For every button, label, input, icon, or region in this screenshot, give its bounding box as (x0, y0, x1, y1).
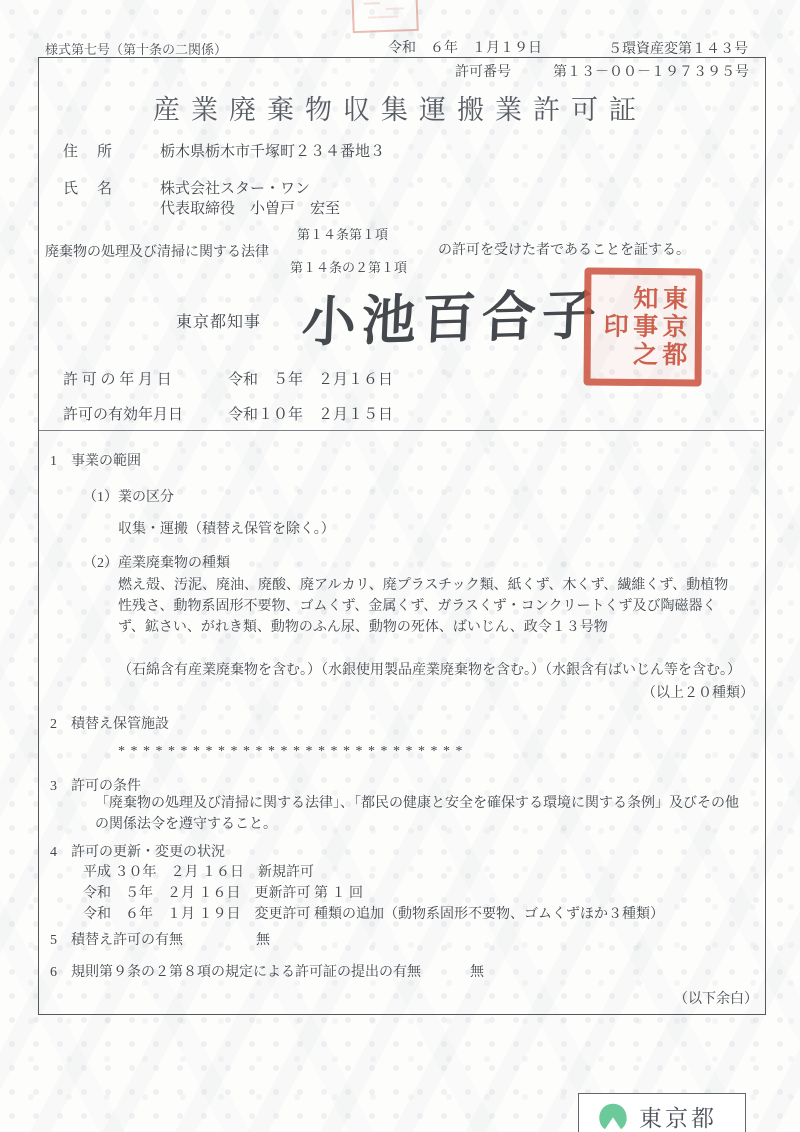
section5-value: 無 (256, 929, 270, 949)
certification-statement: の許可を受けた者であることを証する。 (438, 239, 690, 259)
governor-seal-stamp: 東京都知事之印 (583, 267, 702, 386)
tokyo-logo-text: 東京都 (639, 1100, 717, 1132)
law-clause-bottom: 第１４条の２第１項 (290, 257, 407, 276)
permit-number-label: 許可番号 (455, 61, 511, 81)
section4-heading: 4 許可の更新・変更の状況 (50, 841, 225, 861)
business-category-value: 収集・運搬（積替え保管を除く。） (118, 518, 335, 538)
address-value: 栃木県栃木市千塚町２３４番地３ (160, 140, 385, 161)
section-divider-line (39, 430, 764, 431)
section1-heading: 1 事業の範囲 (50, 450, 141, 470)
seal-text: 東京都知事之印 (598, 279, 687, 376)
permit-conditions-body: 「廃棄物の処理及び清掃に関する法律」、「都民の健康と安全を確保する環境に関する条… (95, 793, 740, 835)
permit-number: 第１３－００－１９７３９５号 (553, 61, 749, 81)
issue-date: 令和 ６年 １月１９日 (388, 37, 542, 57)
address-label: 住 所 (63, 140, 114, 161)
tokyo-ginkgo-icon (597, 1102, 629, 1131)
partial-red-stamp (351, 0, 418, 33)
governor-label: 東京都知事 (176, 309, 261, 332)
representative-name: 代表取締役 小曽戸 宏至 (160, 197, 340, 218)
valid-date-label: 許可の有効年月日 (63, 403, 183, 424)
blank-below-note: （以下余白） (674, 988, 758, 1008)
valid-date-value: 令和１０年 ２月１５日 (228, 403, 393, 424)
tokyo-logo-box: 東京都 (578, 1093, 746, 1132)
waste-count-note: （以上２０種類） (642, 682, 754, 702)
history-row-3: 令和 ６年 １月 １９日 変更許可 種類の追加（動物系固形不要物、ゴムくずほか３… (83, 903, 664, 923)
section1-sub1-label: （1）業の区分 (83, 486, 174, 506)
section2-heading: 2 積替え保管施設 (50, 713, 169, 733)
law-name: 廃棄物の処理及び清掃に関する法律 (45, 241, 269, 261)
governor-signature: 小池百合子 (300, 272, 603, 357)
permit-date-label: 許 可 の 年 月 日 (63, 368, 172, 389)
document-title: 産業廃棄物収集運搬業許可証 (0, 88, 800, 127)
reference-number: ５環資産変第１４３号 (608, 38, 748, 58)
permit-document-page: 様式第七号（第十条の二関係） 令和 ６年 １月１９日 ５環資産変第１４３号 許可… (0, 0, 800, 1132)
form-number-note: 様式第七号（第十条の二関係） (45, 39, 227, 58)
law-clause-top: 第１４条第１項 (297, 224, 388, 243)
section3-heading: 3 許可の条件 (50, 775, 141, 795)
history-row-1: 平成 ３０年 ２月 １６日 新規許可 (83, 861, 314, 881)
section6-value: 無 (470, 961, 484, 981)
transfer-facility-placeholder: * * * * * * * * * * * * * * * * * * * * … (118, 744, 464, 760)
name-label: 氏 名 (63, 177, 114, 198)
permit-date-value: 令和 ５年 ２月１６日 (228, 368, 393, 389)
waste-notes-paragraph: （石綿含有産業廃棄物を含む。）（水銀使用製品産業廃棄物を含む。）（水銀含有ばいじ… (118, 660, 736, 681)
section1-sub2-label: （2）産業廃棄物の種類 (83, 552, 230, 572)
history-row-2: 令和 ５年 ２月 １６日 更新許可 第 １ 回 (83, 882, 363, 902)
company-name: 株式会社スター・ワン (160, 177, 310, 198)
waste-types-paragraph: 燃え殻、汚泥、廃油、廃酸、廃アルカリ、廃プラスチック類、紙くず、木くず、繊維くず… (118, 575, 736, 638)
section5-heading: 5 積替え許可の有無 (50, 929, 183, 949)
section6-heading: 6 規則第９条の２第８項の規定による許可証の提出の有無 (50, 961, 421, 981)
